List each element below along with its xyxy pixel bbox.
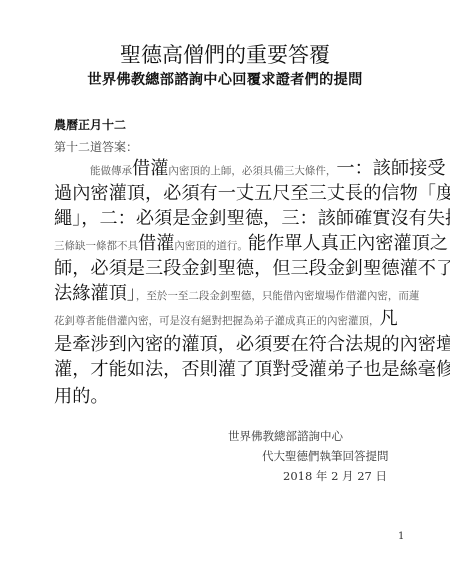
- page-number: 1: [398, 531, 404, 542]
- body-text: 一：該師接受: [336, 158, 445, 179]
- body-text: 內密頂的道行。: [174, 240, 248, 252]
- emphasized-text: 法緣灌頂」: [54, 283, 136, 304]
- body-text: 凡: [380, 308, 398, 329]
- body-text: 繩」，二：必須是金釗聖德，三：該師確實沒有失掉傳承；: [54, 208, 450, 229]
- body-line: 能做傳承借灌內密頂的上師，必須具備三大條件，一：該師接受: [90, 158, 446, 180]
- question-label: 第十二道答案：: [54, 138, 138, 155]
- body-line: 是牽涉到內密的灌頂，必須要在符合法規的內密壇場作: [54, 334, 450, 356]
- lunar-date-heading: 農曆正月十二: [54, 116, 126, 133]
- body-text: 灌，才能如法，否則灌了頂對受灌弟子也是絲毫修不起受: [54, 359, 450, 380]
- body-line: 灌，才能如法，否則灌了頂對受灌弟子也是絲毫修不起受: [54, 359, 450, 381]
- signature-date: 2018 年 2 月 27 日: [283, 468, 387, 484]
- body-text: 三條缺一條都不具: [54, 240, 138, 252]
- signature-author: 代大聖德們執筆回答提問: [262, 448, 389, 464]
- body-line: 過內密灌頂，必須有一丈五尺至三丈長的信物「度量金剛: [54, 183, 450, 205]
- document-subtitle: 世界佛教總部諮詢中心回覆求證者們的提問: [0, 71, 450, 89]
- signature-org: 世界佛教總部諮詢中心: [228, 428, 343, 444]
- document-title: 聖德高僧們的重要答覆: [0, 43, 450, 67]
- body-text: 內密頂的上師，必須具備三大條件，: [168, 165, 336, 177]
- body-text: 過內密灌頂，必須有一丈五尺至三丈長的信物「度量金剛: [54, 183, 450, 204]
- body-text: 能做傳承: [90, 165, 132, 177]
- emphasized-text: 借灌: [138, 233, 174, 254]
- body-line: 花釗尊者能借灌內密，可是沒有絕對把握為弟子灌成真正的內密灌頂，凡: [54, 308, 398, 330]
- emphasized-text: 借灌: [132, 158, 168, 179]
- body-line: 繩」，二：必須是金釗聖德，三：該師確實沒有失掉傳承；: [54, 208, 450, 230]
- body-text: 花釗尊者能借灌內密，可是沒有絕對把握為弟子灌成真正的內密灌頂，: [54, 315, 380, 327]
- body-text: 用的。: [54, 386, 109, 407]
- body-text: 能作單人真正內密灌頂之: [248, 233, 448, 254]
- body-line: 法緣灌頂」，至於一至二段金釗聖德，只能借內密壇場作借灌內密，而蓮: [54, 283, 419, 305]
- body-line: 用的。: [54, 386, 109, 408]
- body-text: 師，必須是三段金釗聖德，但三段金釗聖德灌不了「本尊: [54, 258, 450, 279]
- body-line: 三條缺一條都不具借灌內密頂的道行。能作單人真正內密灌頂之: [54, 233, 448, 255]
- body-text: ，至於一至二段金釗聖德，只能借內密壇場作借灌內密，而蓮: [136, 290, 420, 302]
- body-line: 師，必須是三段金釗聖德，但三段金釗聖德灌不了「本尊: [54, 258, 450, 280]
- body-text: 是牽涉到內密的灌頂，必須要在符合法規的內密壇場作: [54, 334, 450, 355]
